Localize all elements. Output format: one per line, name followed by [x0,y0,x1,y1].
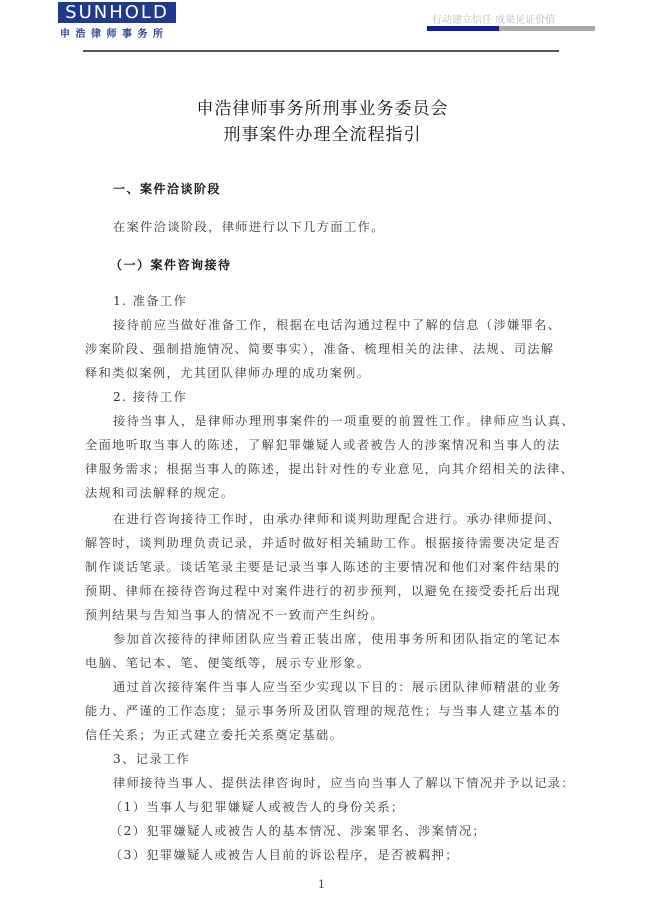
item2-heading: 2. 接待工作 [113,388,187,405]
para5-line: 能力、严谨的工作态度；显示事务所及团队管理的规范性；与当事人建立基本的 [85,702,561,719]
page-number: 1 [318,878,325,891]
para3-line: 解答时，谈判助理负责记录，并适时做好相关辅助工作。根据接待需要决定是否 [85,534,561,551]
tagline: 行动建立信任 成果见证价值 [432,11,555,26]
logo-cn: 申浩律师事务所 [58,25,176,40]
accent-bar-blue [427,26,499,31]
accent-bar-gray [499,26,595,31]
para3-line: 预判结果与告知当事人的情况不一致而产生纠纷。 [85,606,384,623]
item3-heading: 3、记录工作 [113,750,190,767]
para5-line: 信任关系；为正式建立委托关系奠定基础。 [85,726,343,743]
item2-line: 全面地听取当事人的陈述，了解犯罪嫌疑人或者被告人的涉案情况和当事人的法 [85,436,561,453]
para3-line: 在进行咨询接待工作时，由承办律师和谈判助理配合进行。承办律师提问、 [113,510,561,527]
item2-line: 接待当事人，是律师办理刑事案件的一项重要的前置性工作。律师应当认真、 [113,412,575,429]
section1-intro: 在案件洽谈阶段，律师进行以下几方面工作。 [113,218,385,235]
para4-line: 参加首次接待的律师团队应当着正装出席，使用事务所和团队指定的笔记本 [113,630,561,647]
item1-line: 释和类似案例，尤其团队律师办理的成功案例。 [85,364,370,381]
item3-list-item: （1）当事人与犯罪嫌疑人或被告人的身份关系； [110,798,405,815]
para3-line: 预期、律师在接待咨询过程中对案件进行的初步预判，以避免在接受委托后出现 [85,582,561,599]
subsection1-heading: （一）案件咨询接待 [110,256,232,273]
sunhold-logo: SUNHOLD 申浩律师事务所 [58,2,176,40]
doc-title-line1: 申浩律师事务所刑事业务委员会 [0,94,645,119]
para5-line: 通过首次接待案件当事人应当至少实现以下目的：展示团队律师精湛的业务 [113,678,561,695]
item1-line: 涉案阶段、强制措施情况、简要事实），准备、梳理相关的法律、法规、司法解 [85,340,554,357]
item3-list-item: （2）犯罪嫌疑人或被告人的基本情况、涉案罪名、涉案情况； [110,822,486,839]
item3-intro: 律师接待当事人、提供法律咨询时，应当向当事人了解以下情况并予以记录： [113,774,575,791]
logo-en: SUNHOLD [58,2,176,23]
para3-line: 制作谈话笔录。谈话笔录主要是记录当事人陈述的主要情况和他们对案件结果的 [85,558,561,575]
doc-title-line2: 刑事案件办理全流程指引 [0,120,645,145]
item1-heading: 1. 准备工作 [113,292,187,309]
header-accent-bar [427,26,595,31]
para4-line: 电脑、笔记本、笔、便笺纸等，展示专业形象。 [85,654,370,671]
section1-heading: 一、案件洽谈阶段 [113,180,221,197]
item2-line: 法规和司法解释的规定。 [85,484,234,501]
item2-line: 律服务需求；根据当事人的陈述，提出针对性的专业意见，向其介绍相关的法律、 [85,460,574,477]
item1-line: 接待前应当做好准备工作，根据在电话沟通过程中了解的信息（涉嫌罪名、 [113,316,561,333]
item3-list-item: （3）犯罪嫌疑人或被告人目前的诉讼程序，是否被羁押； [110,846,459,863]
header-divider [83,50,559,52]
